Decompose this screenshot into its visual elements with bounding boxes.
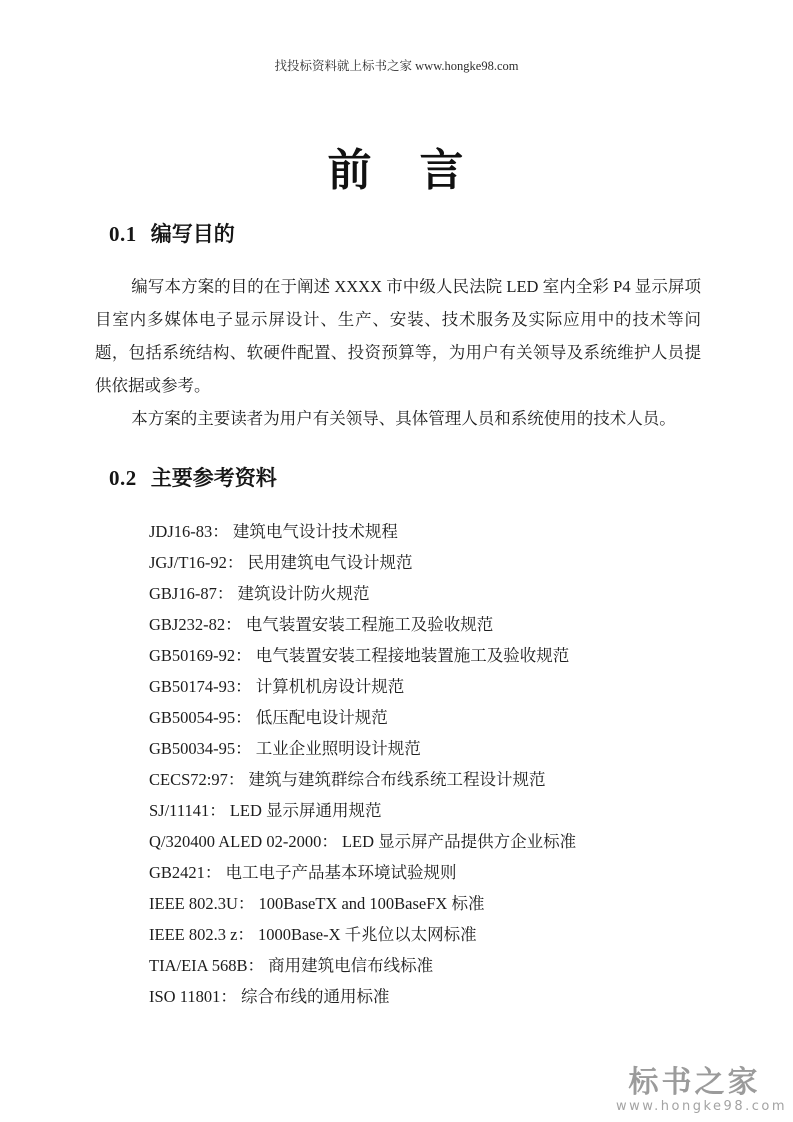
reference-item: GBJ232-82： 电气装置安装工程施工及验收规范 [149, 609, 701, 640]
reference-item: ISO 11801： 综合布线的通用标准 [149, 981, 701, 1012]
watermark-url: www.hongke98.com [616, 1099, 787, 1114]
reference-item: GB2421： 电工电子产品基本环境试验规则 [149, 857, 701, 888]
purpose-paragraphs: 编写本方案的目的在于阐述 XXXX 市中级人民法院 LED 室内全彩 P4 显示… [95, 270, 701, 435]
document-title: 前 言 [0, 144, 793, 198]
reference-item: IEEE 802.3U： 100BaseTX and 100BaseFX 标准 [149, 888, 701, 919]
section-references: 0.2主要参考资料 JDJ16-83： 建筑电气设计技术规程JGJ/T16-92… [95, 465, 701, 1012]
reference-item: TIA/EIA 568B： 商用建筑电信布线标准 [149, 950, 701, 981]
section-number: 0.2 [109, 466, 137, 490]
page-header: 找投标资料就上标书之家 www.hongke98.com [0, 58, 793, 74]
watermark: 标书之家 www.hongke98.com [616, 1067, 787, 1114]
paragraph: 编写本方案的目的在于阐述 XXXX 市中级人民法院 LED 室内全彩 P4 显示… [95, 270, 701, 402]
reference-item: Q/320400 ALED 02-2000： LED 显示屏产品提供方企业标准 [149, 826, 701, 857]
reference-item: GB50054-95： 低压配电设计规范 [149, 702, 701, 733]
reference-item: IEEE 802.3 z： 1000Base-X 千兆位以太网标准 [149, 919, 701, 950]
section-0-2-heading: 0.2主要参考资料 [95, 465, 701, 491]
reference-item: GB50034-95： 工业企业照明设计规范 [149, 733, 701, 764]
reference-item: JDJ16-83： 建筑电气设计技术规程 [149, 516, 701, 547]
section-title: 编写目的 [151, 222, 235, 246]
paragraph: 本方案的主要读者为用户有关领导、具体管理人员和系统使用的技术人员。 [95, 402, 701, 435]
reference-list: JDJ16-83： 建筑电气设计技术规程JGJ/T16-92： 民用建筑电气设计… [95, 516, 701, 1012]
reference-item: GB50169-92： 电气装置安装工程接地装置施工及验收规范 [149, 640, 701, 671]
watermark-logo: 标书之家 [616, 1067, 787, 1099]
reference-item: JGJ/T16-92： 民用建筑电气设计规范 [149, 547, 701, 578]
reference-item: GB50174-93： 计算机机房设计规范 [149, 671, 701, 702]
section-title: 主要参考资料 [151, 466, 277, 490]
document-page: 找投标资料就上标书之家 www.hongke98.com 前 言 0.1编写目的… [0, 0, 793, 1122]
reference-item: GBJ16-87： 建筑设计防火规范 [149, 578, 701, 609]
section-purpose: 0.1编写目的 编写本方案的目的在于阐述 XXXX 市中级人民法院 LED 室内… [95, 221, 701, 435]
reference-item: SJ/11141： LED 显示屏通用规范 [149, 795, 701, 826]
section-0-1-heading: 0.1编写目的 [95, 221, 701, 247]
document-content: 0.1编写目的 编写本方案的目的在于阐述 XXXX 市中级人民法院 LED 室内… [0, 221, 793, 1012]
reference-item: CECS72:97： 建筑与建筑群综合布线系统工程设计规范 [149, 764, 701, 795]
section-number: 0.1 [109, 222, 137, 246]
header-text: 找投标资料就上标书之家 www.hongke98.com [275, 59, 519, 73]
